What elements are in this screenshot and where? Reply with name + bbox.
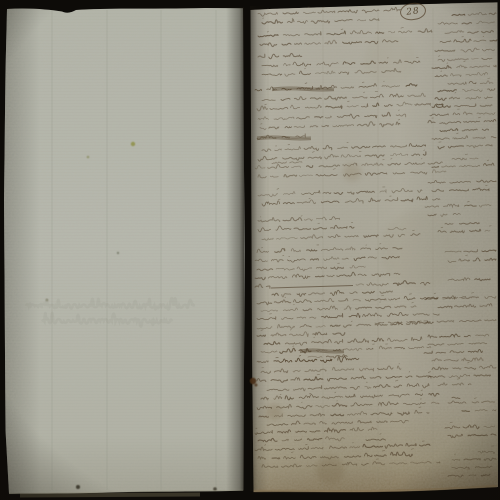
manuscript-scan: 28 bbox=[0, 0, 500, 500]
vignette bbox=[0, 0, 500, 500]
manuscript-scene bbox=[0, 0, 500, 500]
page-number-text: 28 bbox=[406, 6, 421, 18]
